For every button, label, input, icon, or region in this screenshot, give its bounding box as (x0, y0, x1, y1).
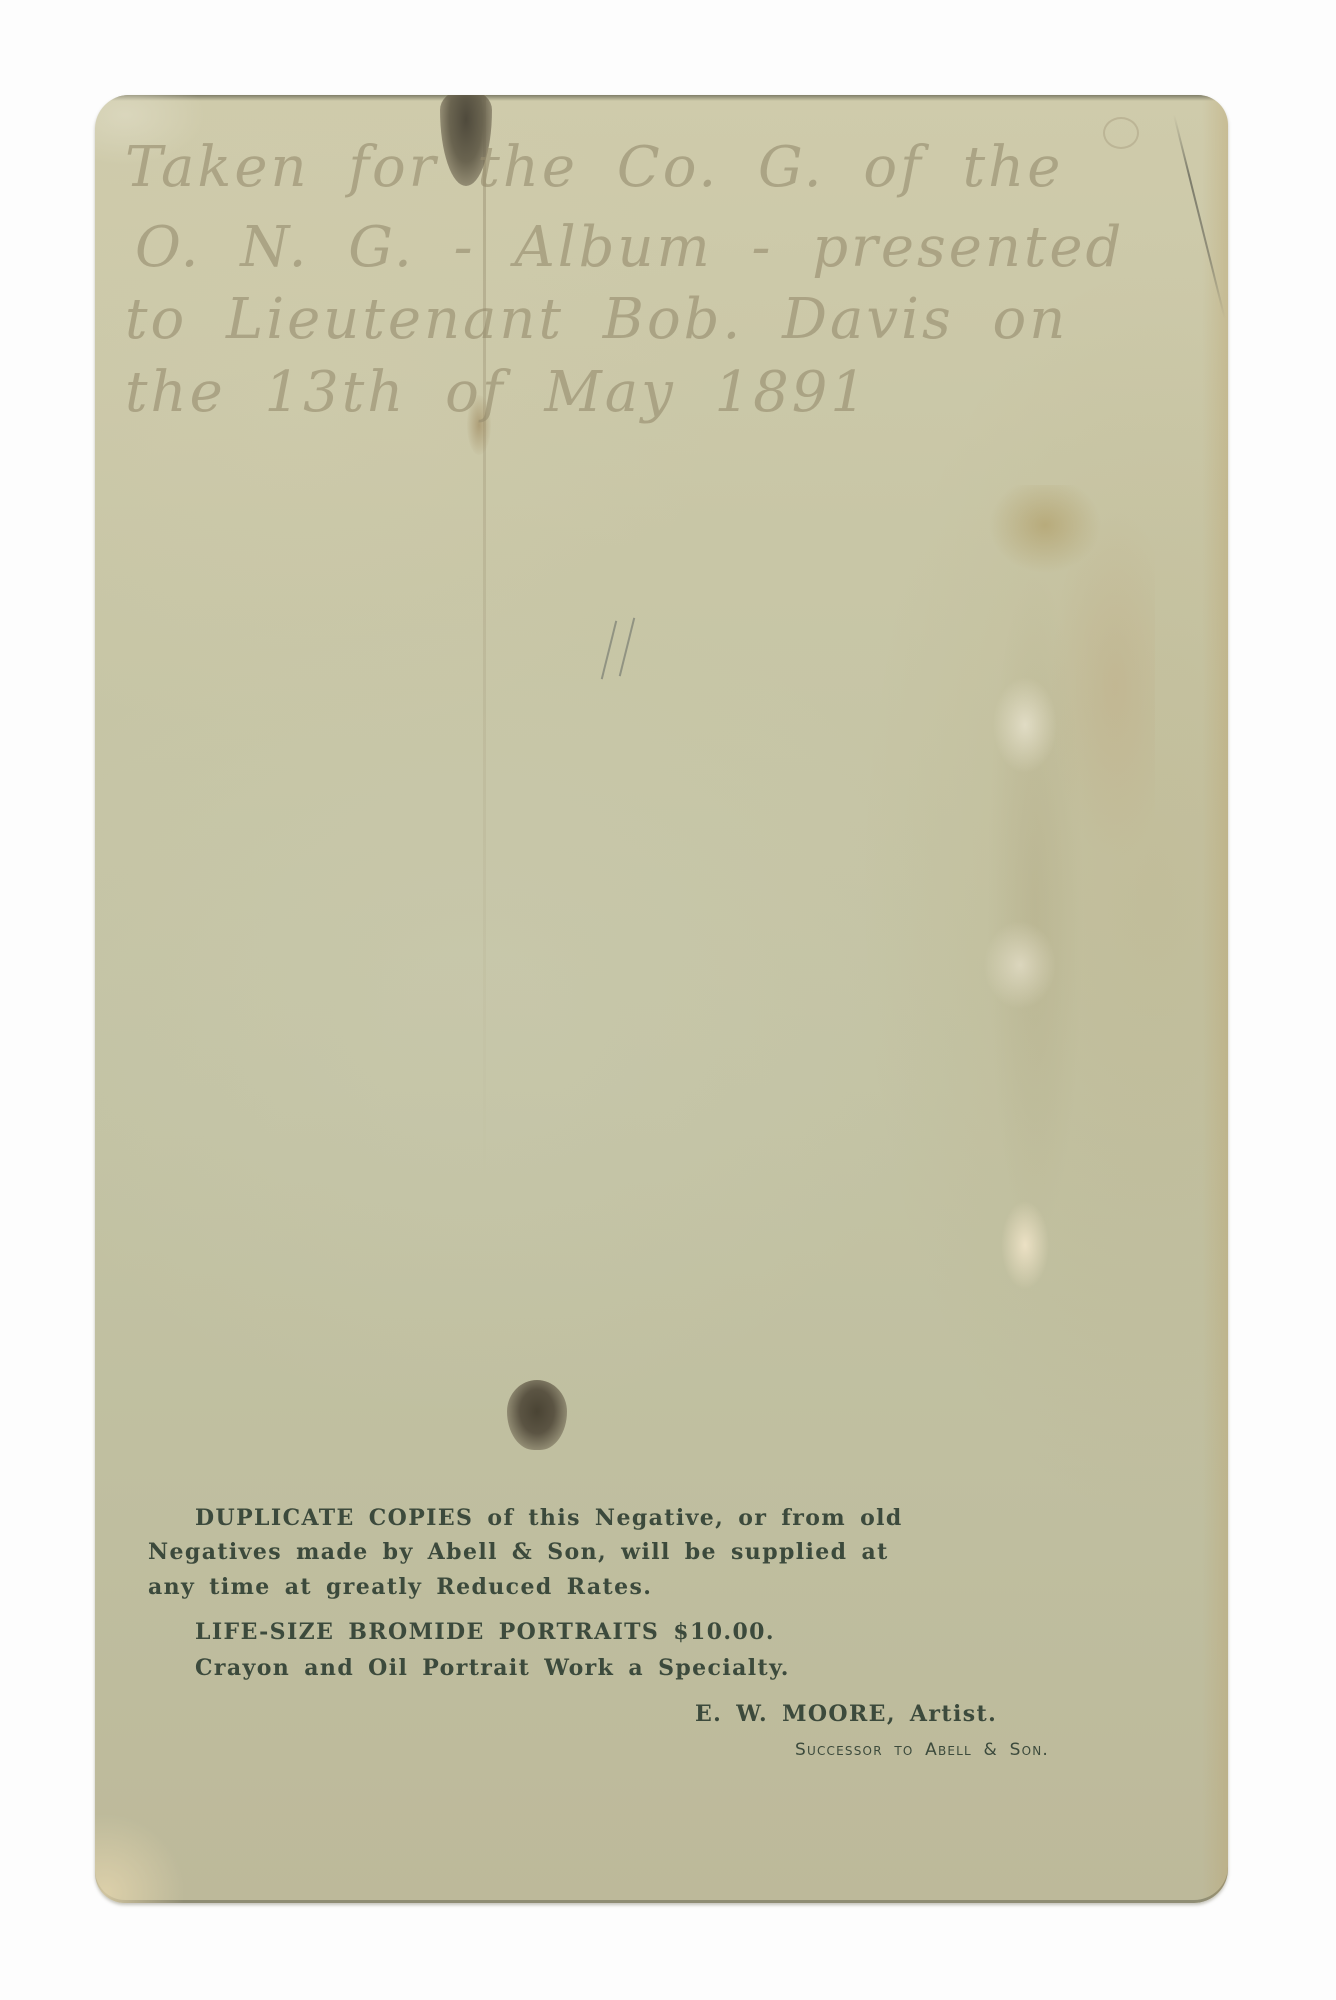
printed-text: of this Negative, or from old (487, 1505, 902, 1531)
printed-line-reduced-rates: any time at greatly Reduced Rates. (148, 1574, 652, 1600)
successor-line: Successor to Abell & Son. (795, 1740, 1049, 1760)
printed-line-negatives: Negatives made by Abell & Son, will be s… (148, 1539, 889, 1565)
cabinet-card-back: Taken for the Co. G. of the O. N. G. - A… (95, 95, 1228, 1903)
printed-advertisement: DUPLICATE COPIES of this Negative, or fr… (95, 95, 1228, 1903)
scan-page: Taken for the Co. G. of the O. N. G. - A… (0, 0, 1336, 2000)
printed-line-duplicate-copies: DUPLICATE COPIES of this Negative, or fr… (195, 1505, 903, 1531)
printed-line-crayon-oil: Crayon and Oil Portrait Work a Specialty… (195, 1655, 790, 1681)
artist-signature: E. W. MOORE, Artist. (695, 1701, 997, 1727)
printed-heading: DUPLICATE COPIES (195, 1505, 473, 1531)
printed-line-bromide-portraits: LIFE-SIZE BROMIDE PORTRAITS $10.00. (195, 1619, 775, 1645)
